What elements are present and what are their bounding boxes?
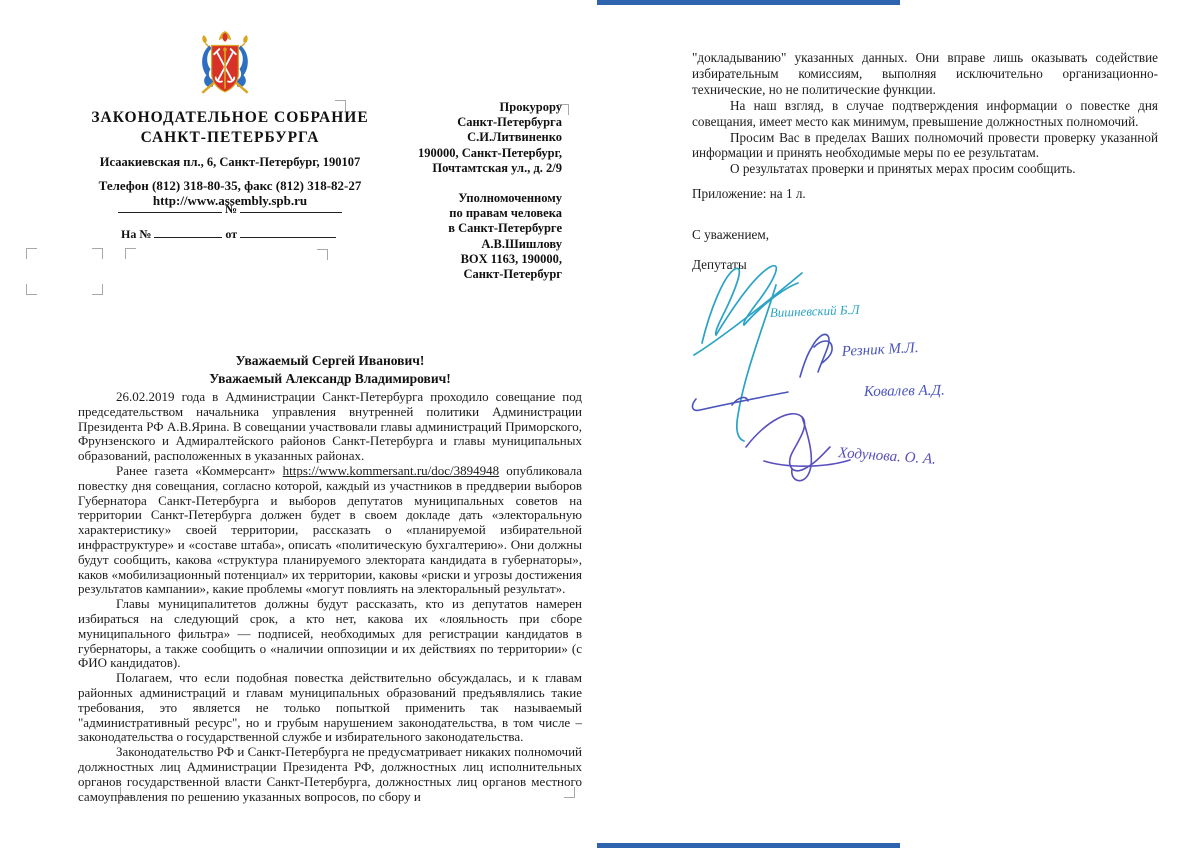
paragraph: Законодательство РФ и Санкт-Петербурга н…	[78, 745, 582, 804]
recipient-line: Санкт-Петербурга	[350, 115, 562, 130]
paragraph-text: Ранее газета «Коммерсант»	[116, 463, 283, 478]
salutation: Уважаемый Сергей Иванович! Уважаемый Але…	[78, 352, 582, 388]
recipient-line: С.И.Литвиненко	[350, 130, 562, 145]
paragraph: "докладыванию" указанных данных. Они впр…	[692, 50, 1158, 98]
recipient-line: Санкт-Петербург	[350, 267, 562, 282]
recipient-line: в Санкт-Петербурге	[350, 221, 562, 236]
recipient-line: Почтамтская ул., д. 2/9	[350, 161, 562, 176]
signature-stroke-khodunova	[746, 414, 850, 481]
ref-blank-line	[154, 226, 222, 238]
signatures-block: Вишневский Б.Л Резник М.Л. Ковалев А.Д. …	[680, 255, 1120, 485]
paragraph: Ранее газета «Коммерсант» https://www.ko…	[78, 464, 582, 597]
corner-mark	[26, 248, 37, 259]
scanned-letter-spread: ЗАКОНОДАТЕЛЬНОЕ СОБРАНИЕ САНКТ-ПЕТЕРБУРГ…	[0, 0, 1200, 848]
ref-no-label: №	[222, 202, 240, 217]
ref-blank-line	[240, 226, 336, 238]
paragraph: Полагаем, что если подобная повестка дей…	[78, 671, 582, 745]
paragraph-text: опубликовала повестку дня совещания, сог…	[78, 463, 582, 596]
letter-body-page1: 26.02.2019 года в Администрации Санкт-Пе…	[78, 390, 582, 804]
signature-name-kovalev: Ковалев А.Д.	[863, 383, 945, 400]
corner-mark	[26, 284, 37, 295]
recipient-line: по правам человека	[350, 206, 562, 221]
recipient-line: 190000, Санкт-Петербург,	[350, 146, 562, 161]
letter-page-1: ЗАКОНОДАТЕЛЬНОЕ СОБРАНИЕ САНКТ-ПЕТЕРБУРГ…	[0, 0, 596, 848]
paragraph: 26.02.2019 года в Администрации Санкт-Пе…	[78, 390, 582, 464]
assembly-coat-of-arms-icon	[197, 30, 253, 98]
attachment-note: Приложение: на 1 л.	[692, 186, 806, 202]
recipient-line: Прокурору	[350, 100, 562, 115]
recipient-ombudsman-block: Уполномоченному по правам человека в Сан…	[350, 191, 562, 282]
corner-mark	[125, 248, 136, 259]
paragraph: Главы муниципалитетов должны будут расск…	[78, 597, 582, 671]
recipient-prosecutor-block: Прокурору Санкт-Петербурга С.И.Литвиненк…	[350, 100, 562, 176]
ref-na-label: На №	[118, 227, 154, 242]
corner-mark	[92, 284, 103, 295]
paragraph: Просим Вас в пределах Ваших полномочий п…	[692, 130, 1158, 162]
signature-stroke-kovalev	[693, 392, 788, 410]
signature-name-khodunova: Ходунова. О. А.	[837, 445, 937, 468]
corner-mark	[92, 248, 103, 259]
corner-mark	[317, 249, 328, 260]
paragraph: О результатах проверки и принятых мерах …	[692, 161, 1158, 177]
ref-number-row: №	[118, 201, 358, 217]
paragraph: На наш взгляд, в случае подтверждения ин…	[692, 98, 1158, 130]
recipient-line: Уполномоченному	[350, 191, 562, 206]
letter-body-page2: "докладыванию" указанных данных. Они впр…	[692, 50, 1158, 177]
ref-reply-row: На №от	[118, 226, 358, 242]
closing-phrase: С уважением,	[692, 227, 769, 243]
kommersant-url: https://www.kommersant.ru/doc/3894948	[283, 463, 500, 478]
ref-ot-label: от	[222, 227, 240, 242]
signature-stroke-reznik	[800, 334, 832, 377]
recipient-line: А.В.Шишлову	[350, 237, 562, 252]
signature-name-reznik: Резник М.Л.	[840, 340, 919, 360]
recipient-line: BOX 1163, 190000,	[350, 252, 562, 267]
ref-blank-line	[240, 201, 342, 213]
scan-edge-artifact-top	[597, 0, 900, 5]
letter-page-2: "докладыванию" указанных данных. Они впр…	[596, 0, 1200, 848]
signature-name-vishnevsky: Вишневский Б.Л	[770, 302, 861, 320]
ref-blank-line	[118, 201, 222, 213]
salutation-line: Уважаемый Сергей Иванович!	[78, 352, 582, 370]
salutation-line: Уважаемый Александр Владимирович!	[78, 370, 582, 388]
scan-edge-artifact-bottom	[597, 843, 900, 848]
corner-mark	[335, 100, 346, 111]
